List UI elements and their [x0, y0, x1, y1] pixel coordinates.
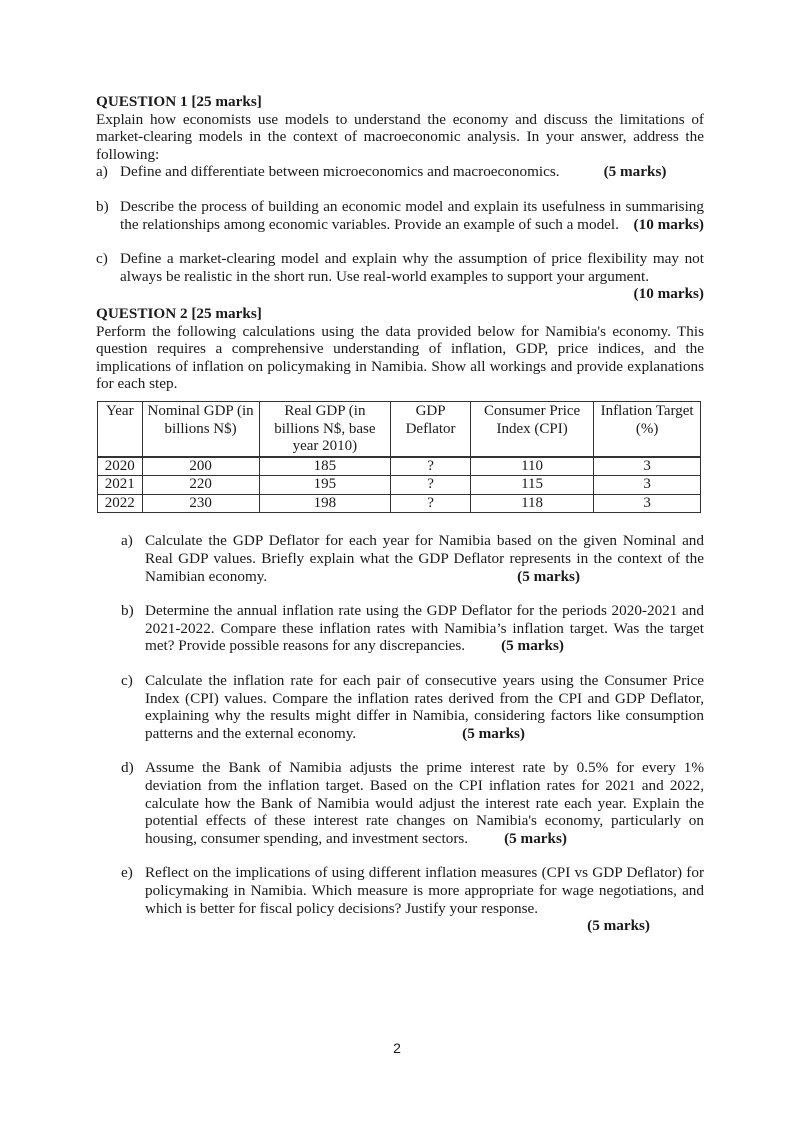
item-label: d) — [121, 759, 134, 777]
namibia-economy-table: Year Nominal GDP (in billions N$) Real G… — [97, 401, 701, 514]
item-marks: (5 marks) — [462, 725, 525, 742]
question-1-item-b: b) Describe the process of building an e… — [96, 198, 704, 233]
question-2-item-a: a) Calculate the GDP Deflator for each y… — [96, 532, 704, 585]
item-text: Assume the Bank of Namibia adjusts the p… — [145, 759, 704, 846]
question-2-title: QUESTION 2 [25 marks] — [96, 305, 704, 323]
cell-inflation-target: 3 — [594, 494, 701, 513]
item-label: e) — [121, 864, 133, 882]
cell-year: 2021 — [98, 476, 143, 495]
page-number: 2 — [0, 1040, 794, 1056]
cell-nominal-gdp: 200 — [142, 457, 259, 476]
question-1-intro: Explain how economists use models to und… — [96, 111, 704, 164]
item-marks: (10 marks) — [120, 285, 704, 303]
question-1-item-a: a) Define and differentiate between micr… — [96, 163, 704, 181]
cell-nominal-gdp: 230 — [142, 494, 259, 513]
item-label: c) — [121, 672, 133, 690]
cell-year: 2022 — [98, 494, 143, 513]
question-2-item-b: b) Determine the annual inflation rate u… — [96, 602, 704, 655]
header-year: Year — [98, 401, 143, 456]
table-header-row: Year Nominal GDP (in billions N$) Real G… — [98, 401, 701, 456]
cell-gdp-deflator: ? — [391, 494, 471, 513]
item-label: b) — [121, 602, 134, 620]
item-text: Determine the annual inflation rate usin… — [145, 602, 704, 654]
item-marks: (5 marks) — [145, 917, 704, 935]
item-text: Describe the process of building an econ… — [120, 198, 704, 233]
header-nominal-gdp: Nominal GDP (in billions N$) — [142, 401, 259, 456]
item-marks: (5 marks) — [504, 830, 567, 847]
question-2-item-e: e) Reflect on the implications of using … — [96, 864, 704, 934]
cell-cpi: 115 — [470, 476, 593, 495]
question-1-title: QUESTION 1 [25 marks] — [96, 93, 704, 111]
question-2-intro: Perform the following calculations using… — [96, 323, 704, 393]
cell-nominal-gdp: 220 — [142, 476, 259, 495]
item-marks: (5 marks) — [501, 637, 564, 654]
header-inflation-target: Inflation Target (%) — [594, 401, 701, 456]
cell-real-gdp: 198 — [259, 494, 391, 513]
item-text: Reflect on the implications of using dif… — [145, 864, 704, 916]
question-1-item-c: c) Define a market-clearing model and ex… — [96, 250, 704, 303]
item-text: Calculate the GDP Deflator for each year… — [145, 532, 704, 584]
exam-page: QUESTION 1 [25 marks] Explain how econom… — [96, 93, 704, 935]
item-marks: (5 marks) — [517, 568, 580, 585]
item-text: Define a market-clearing model and expla… — [120, 250, 704, 285]
item-text: Calculate the inflation rate for each pa… — [145, 672, 704, 742]
item-text: Define and differentiate between microec… — [120, 163, 560, 180]
item-label: b) — [96, 198, 109, 216]
cell-inflation-target: 3 — [594, 476, 701, 495]
item-label: c) — [96, 250, 108, 268]
item-label: a) — [121, 532, 133, 550]
cell-year: 2020 — [98, 457, 143, 476]
table-row: 2020 200 185 ? 110 3 — [98, 457, 701, 476]
table-row: 2021 220 195 ? 115 3 — [98, 476, 701, 495]
cell-real-gdp: 185 — [259, 457, 391, 476]
question-2-item-c: c) Calculate the inflation rate for each… — [96, 672, 704, 742]
header-cpi: Consumer Price Index (CPI) — [470, 401, 593, 456]
cell-gdp-deflator: ? — [391, 457, 471, 476]
question-2-item-d: d) Assume the Bank of Namibia adjusts th… — [96, 759, 704, 847]
cell-inflation-target: 3 — [594, 457, 701, 476]
table-row: 2022 230 198 ? 118 3 — [98, 494, 701, 513]
item-label: a) — [96, 163, 108, 181]
header-gdp-deflator: GDP Deflator — [391, 401, 471, 456]
cell-gdp-deflator: ? — [391, 476, 471, 495]
cell-cpi: 110 — [470, 457, 593, 476]
item-marks: (5 marks) — [604, 163, 667, 180]
header-real-gdp: Real GDP (in billions N$, base year 2010… — [259, 401, 391, 456]
cell-cpi: 118 — [470, 494, 593, 513]
cell-real-gdp: 195 — [259, 476, 391, 495]
